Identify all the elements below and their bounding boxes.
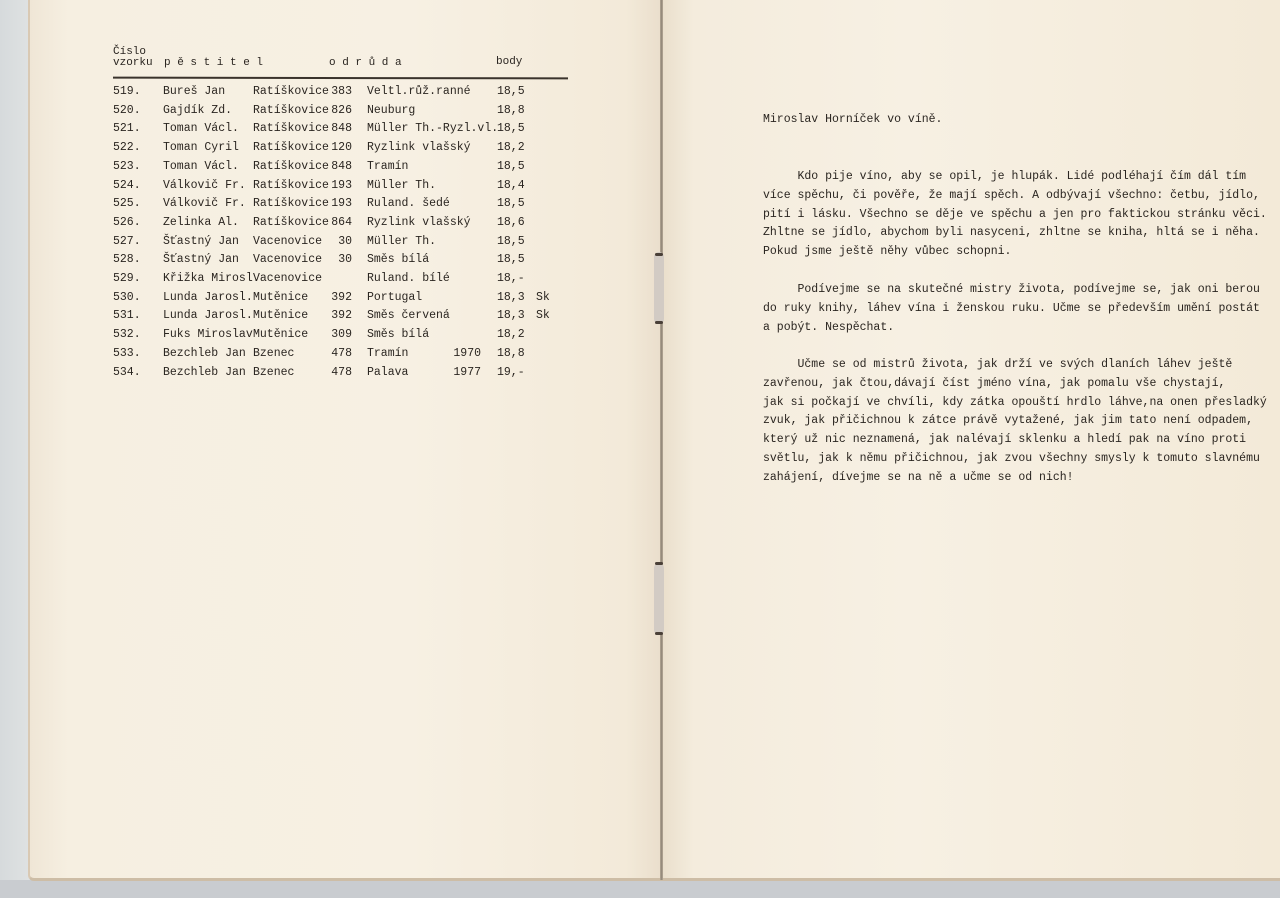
cell-variety: Müller Th.-Ryzl.vl. [367,123,498,135]
cell-variety: Portugal [367,292,422,304]
cell-num: 523. [113,161,141,173]
cell-points: 18,2 [497,142,525,154]
text-line: jak si počkají ve chvíli, kdy zátka opou… [763,394,1233,413]
cell-grower: Fuks Miroslav [163,329,253,341]
cell-num: 527. [113,236,141,248]
table-row: 529.Křižka Mirosl.VacenoviceRuland. bílé… [0,273,640,291]
cell-points: 18,5 [497,161,525,173]
cell-code: 848 [330,123,352,135]
text-line: Pokud jsme ještě něhy vůbec schopni. [763,243,1233,262]
cell-village: Vacenovice [253,273,322,285]
cell-code: 309 [330,329,352,341]
cell-grower: Válkovič Fr. [163,198,246,210]
cell-year: 1970 [439,348,481,360]
staple-top-end-icon [655,253,663,256]
cell-village: Bzenec [253,348,294,360]
cell-variety: Směs bílá [367,254,429,266]
cell-grower: Toman Václ. [163,123,239,135]
text-line: zvuk, jak přičichnou k zátce právě vytaž… [763,412,1233,431]
cell-num: 519. [113,86,141,98]
cell-grower: Toman Cyril [163,142,239,154]
paragraph: Učme se od mistrů života, jak drží ve sv… [763,356,1233,488]
cell-points: 18,5 [497,86,525,98]
text-line: světlu, jak k němu přičichnou, jak zvou … [763,450,1233,469]
cell-num: 520. [113,105,141,117]
table-row: 530.Lunda Jarosl.Mutěnice392Portugal18,3… [0,292,640,310]
cell-code: 30 [330,236,352,248]
cell-code: 120 [330,142,352,154]
cell-code: 478 [330,348,352,360]
table-row: 521.Toman Václ.Ratíškovice848Müller Th.-… [0,123,640,141]
text-line: do ruky knihy, láhev vína i ženskou ruku… [763,300,1233,319]
cell-village: Mutěnice [253,292,308,304]
cell-num: 528. [113,254,141,266]
cell-grower: Toman Václ. [163,161,239,173]
staple-top-end-icon [655,321,663,324]
cell-code: 826 [330,105,352,117]
cell-code: 848 [330,161,352,173]
cell-variety: Tramín [367,348,408,360]
table-row: 532.Fuks MiroslavMutěnice309Směs bílá18,… [0,329,640,347]
cell-num: 522. [113,142,141,154]
cell-code: 383 [330,86,352,98]
cell-note: Sk [536,310,550,322]
cell-grower: Křižka Mirosl. [163,273,260,285]
cell-village: Ratíškovice [253,217,329,229]
cell-variety: Ryzlink vlašský [367,142,471,154]
text-line: více spěchu, či pověře, že mají spěch. A… [763,187,1233,206]
cell-points: 18,6 [497,217,525,229]
cell-num: 530. [113,292,141,304]
cell-grower: Bezchleb Jan [163,348,246,360]
cell-village: Vacenovice [253,254,322,266]
header-points: body [496,57,522,68]
booklet-spine [660,0,663,880]
cell-points: 18,- [497,273,525,285]
cell-code: 864 [330,217,352,229]
staple-bottom-end-icon [655,632,663,635]
cell-points: 18,5 [497,254,525,266]
text-line: Kdo pije víno, aby se opil, je hlupák. L… [763,168,1233,187]
cell-variety: Neuburg [367,105,415,117]
text-line: zavřenou, jak čtou,dávají číst jméno vín… [763,375,1233,394]
table-row: 527.Šťastný JanVacenovice30Müller Th.18,… [0,236,640,254]
cell-village: Ratíškovice [253,142,329,154]
text-line: který už nic neznamená, jak nalévají skl… [763,431,1233,450]
table-row: 523.Toman Václ.Ratíškovice848Tramín18,5 [0,161,640,179]
cell-code: 30 [330,254,352,266]
text-line: zahájení, dívejme se na ně a učme se od … [763,469,1233,488]
cell-points: 18,5 [497,198,525,210]
cell-variety: Müller Th. [367,180,436,192]
cell-variety: Veltl.růž.ranné [367,86,471,98]
header-grower: p ě s t i t e l [164,58,263,69]
text-line: a pobýt. Nespěchat. [763,319,1233,338]
cell-num: 532. [113,329,141,341]
cell-grower: Lunda Jarosl. [163,310,253,322]
table-row: 522.Toman CyrilRatíškovice120Ryzlink vla… [0,142,640,160]
cell-grower: Šťastný Jan [163,254,239,266]
cell-village: Ratíškovice [253,86,329,98]
cell-code: 392 [330,292,352,304]
paragraph: Kdo pije víno, aby se opil, je hlupák. L… [763,168,1233,262]
cell-variety: Ruland. bílé [367,273,450,285]
table-row: 533.Bezchleb JanBzenec478Tramín197018,8 [0,348,640,366]
staple-bottom [654,563,664,635]
cell-village: Mutěnice [253,310,308,322]
cell-village: Ratíškovice [253,180,329,192]
cell-grower: Bezchleb Jan [163,367,246,379]
cell-note: Sk [536,292,550,304]
cell-points: 18,2 [497,329,525,341]
cell-points: 18,5 [497,123,525,135]
cell-points: 18,4 [497,180,525,192]
cell-grower: Gajdík Zd. [163,105,232,117]
cell-num: 533. [113,348,141,360]
table-row: 534.Bezchleb JanBzenec478Palava197719,- [0,367,640,385]
cell-village: Ratíškovice [253,105,329,117]
cell-points: 18,8 [497,348,525,360]
cell-grower: Lunda Jarosl. [163,292,253,304]
cell-village: Vacenovice [253,236,322,248]
cell-variety: Palava [367,367,408,379]
cell-num: 526. [113,217,141,229]
cell-village: Ratíškovice [253,161,329,173]
table-row: 528.Šťastný JanVacenovice30Směs bílá18,5 [0,254,640,272]
table-row: 531.Lunda Jarosl.Mutěnice392Směs červená… [0,310,640,328]
article-title: Miroslav Horníček vo víně. [763,113,942,126]
paragraph: Podívejme se na skutečné mistry života, … [763,281,1233,337]
cell-grower: Šťastný Jan [163,236,239,248]
cell-village: Mutěnice [253,329,308,341]
table-row: 520.Gajdík Zd.Ratíškovice826Neuburg18,8 [0,105,640,123]
cell-num: 534. [113,367,141,379]
text-line: pití i lásku. Všechno se děje ve spěchu … [763,206,1233,225]
table-row: 525.Válkovič Fr.Ratíškovice193Ruland. še… [0,198,640,216]
cell-num: 529. [113,273,141,285]
table-row: 519.Bureš JanRatíškovice383Veltl.růž.ran… [0,86,640,104]
cell-code: 478 [330,367,352,379]
header-variety: o d r ů d a [329,58,402,69]
cell-village: Ratíškovice [253,123,329,135]
cell-num: 521. [113,123,141,135]
cell-year: 1977 [439,367,481,379]
cell-num: 525. [113,198,141,210]
cell-grower: Bureš Jan [163,86,225,98]
cell-village: Ratíškovice [253,198,329,210]
scanner-background-bottom [0,880,1280,898]
cell-code: 193 [330,198,352,210]
staple-bottom-end-icon [655,562,663,565]
cell-points: 19,- [497,367,525,379]
cell-variety: Směs bílá [367,329,429,341]
table-row: 524.Válkovič Fr.Ratíškovice193Müller Th.… [0,180,640,198]
cell-points: 18,8 [497,105,525,117]
cell-grower: Zelinka Al. [163,217,239,229]
text-line: Učme se od mistrů života, jak drží ve sv… [763,356,1233,375]
cell-num: 524. [113,180,141,192]
table-row: 526.Zelinka Al.Ratíškovice864Ryzlink vla… [0,217,640,235]
header-sample-line2: vzorku [113,58,153,69]
cell-variety: Ruland. šedé [367,198,450,210]
cell-num: 531. [113,310,141,322]
cell-grower: Válkovič Fr. [163,180,246,192]
cell-variety: Ryzlink vlašský [367,217,471,229]
staple-top [654,252,664,324]
cell-points: 18,5 [497,236,525,248]
text-line: Zhltne se jídlo, abychom byli nasyceni, … [763,224,1233,243]
cell-variety: Tramín [367,161,408,173]
cell-code: 193 [330,180,352,192]
cell-variety: Müller Th. [367,236,436,248]
text-line: Podívejme se na skutečné mistry života, … [763,281,1233,300]
cell-points: 18,3 [497,310,525,322]
cell-village: Bzenec [253,367,294,379]
cell-variety: Směs červená [367,310,450,322]
cell-points: 18,3 [497,292,525,304]
cell-code: 392 [330,310,352,322]
